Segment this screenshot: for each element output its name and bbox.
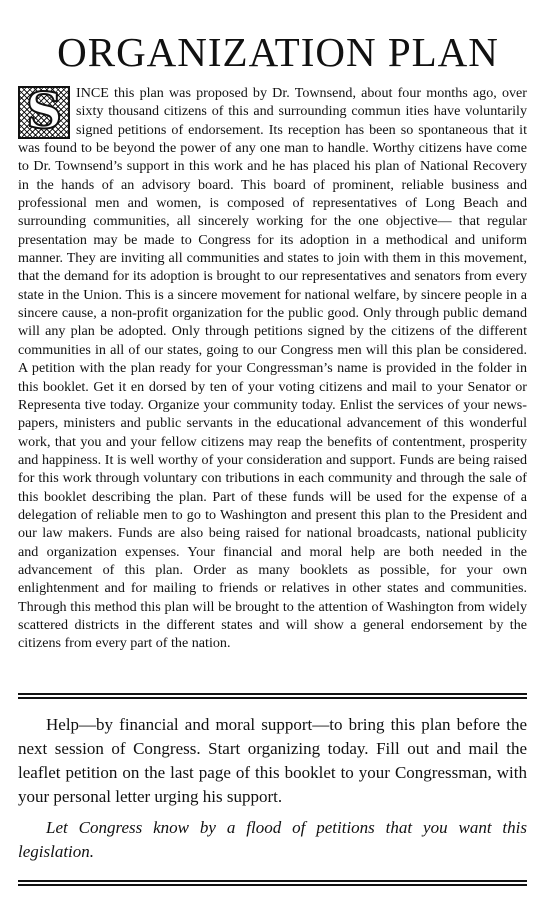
callout-italic-line: Let Congress know by a flood of petition… — [18, 816, 527, 864]
body-paragraph: INCE this plan was proposed by Dr. Towns… — [18, 84, 527, 653]
page-title: ORGANIZATION PLAN — [0, 28, 556, 76]
body-text-block: S INCE this plan was proposed by Dr. Tow… — [18, 84, 527, 653]
drop-cap-letter: S — [26, 86, 62, 136]
ornamental-drop-cap-icon: S — [18, 86, 70, 139]
double-rule-divider-bottom — [18, 880, 527, 886]
callout-paragraph: Help—by financial and moral support—to b… — [18, 713, 527, 809]
callout-block: Help—by financial and moral support—to b… — [18, 713, 527, 864]
double-rule-divider — [18, 693, 527, 699]
